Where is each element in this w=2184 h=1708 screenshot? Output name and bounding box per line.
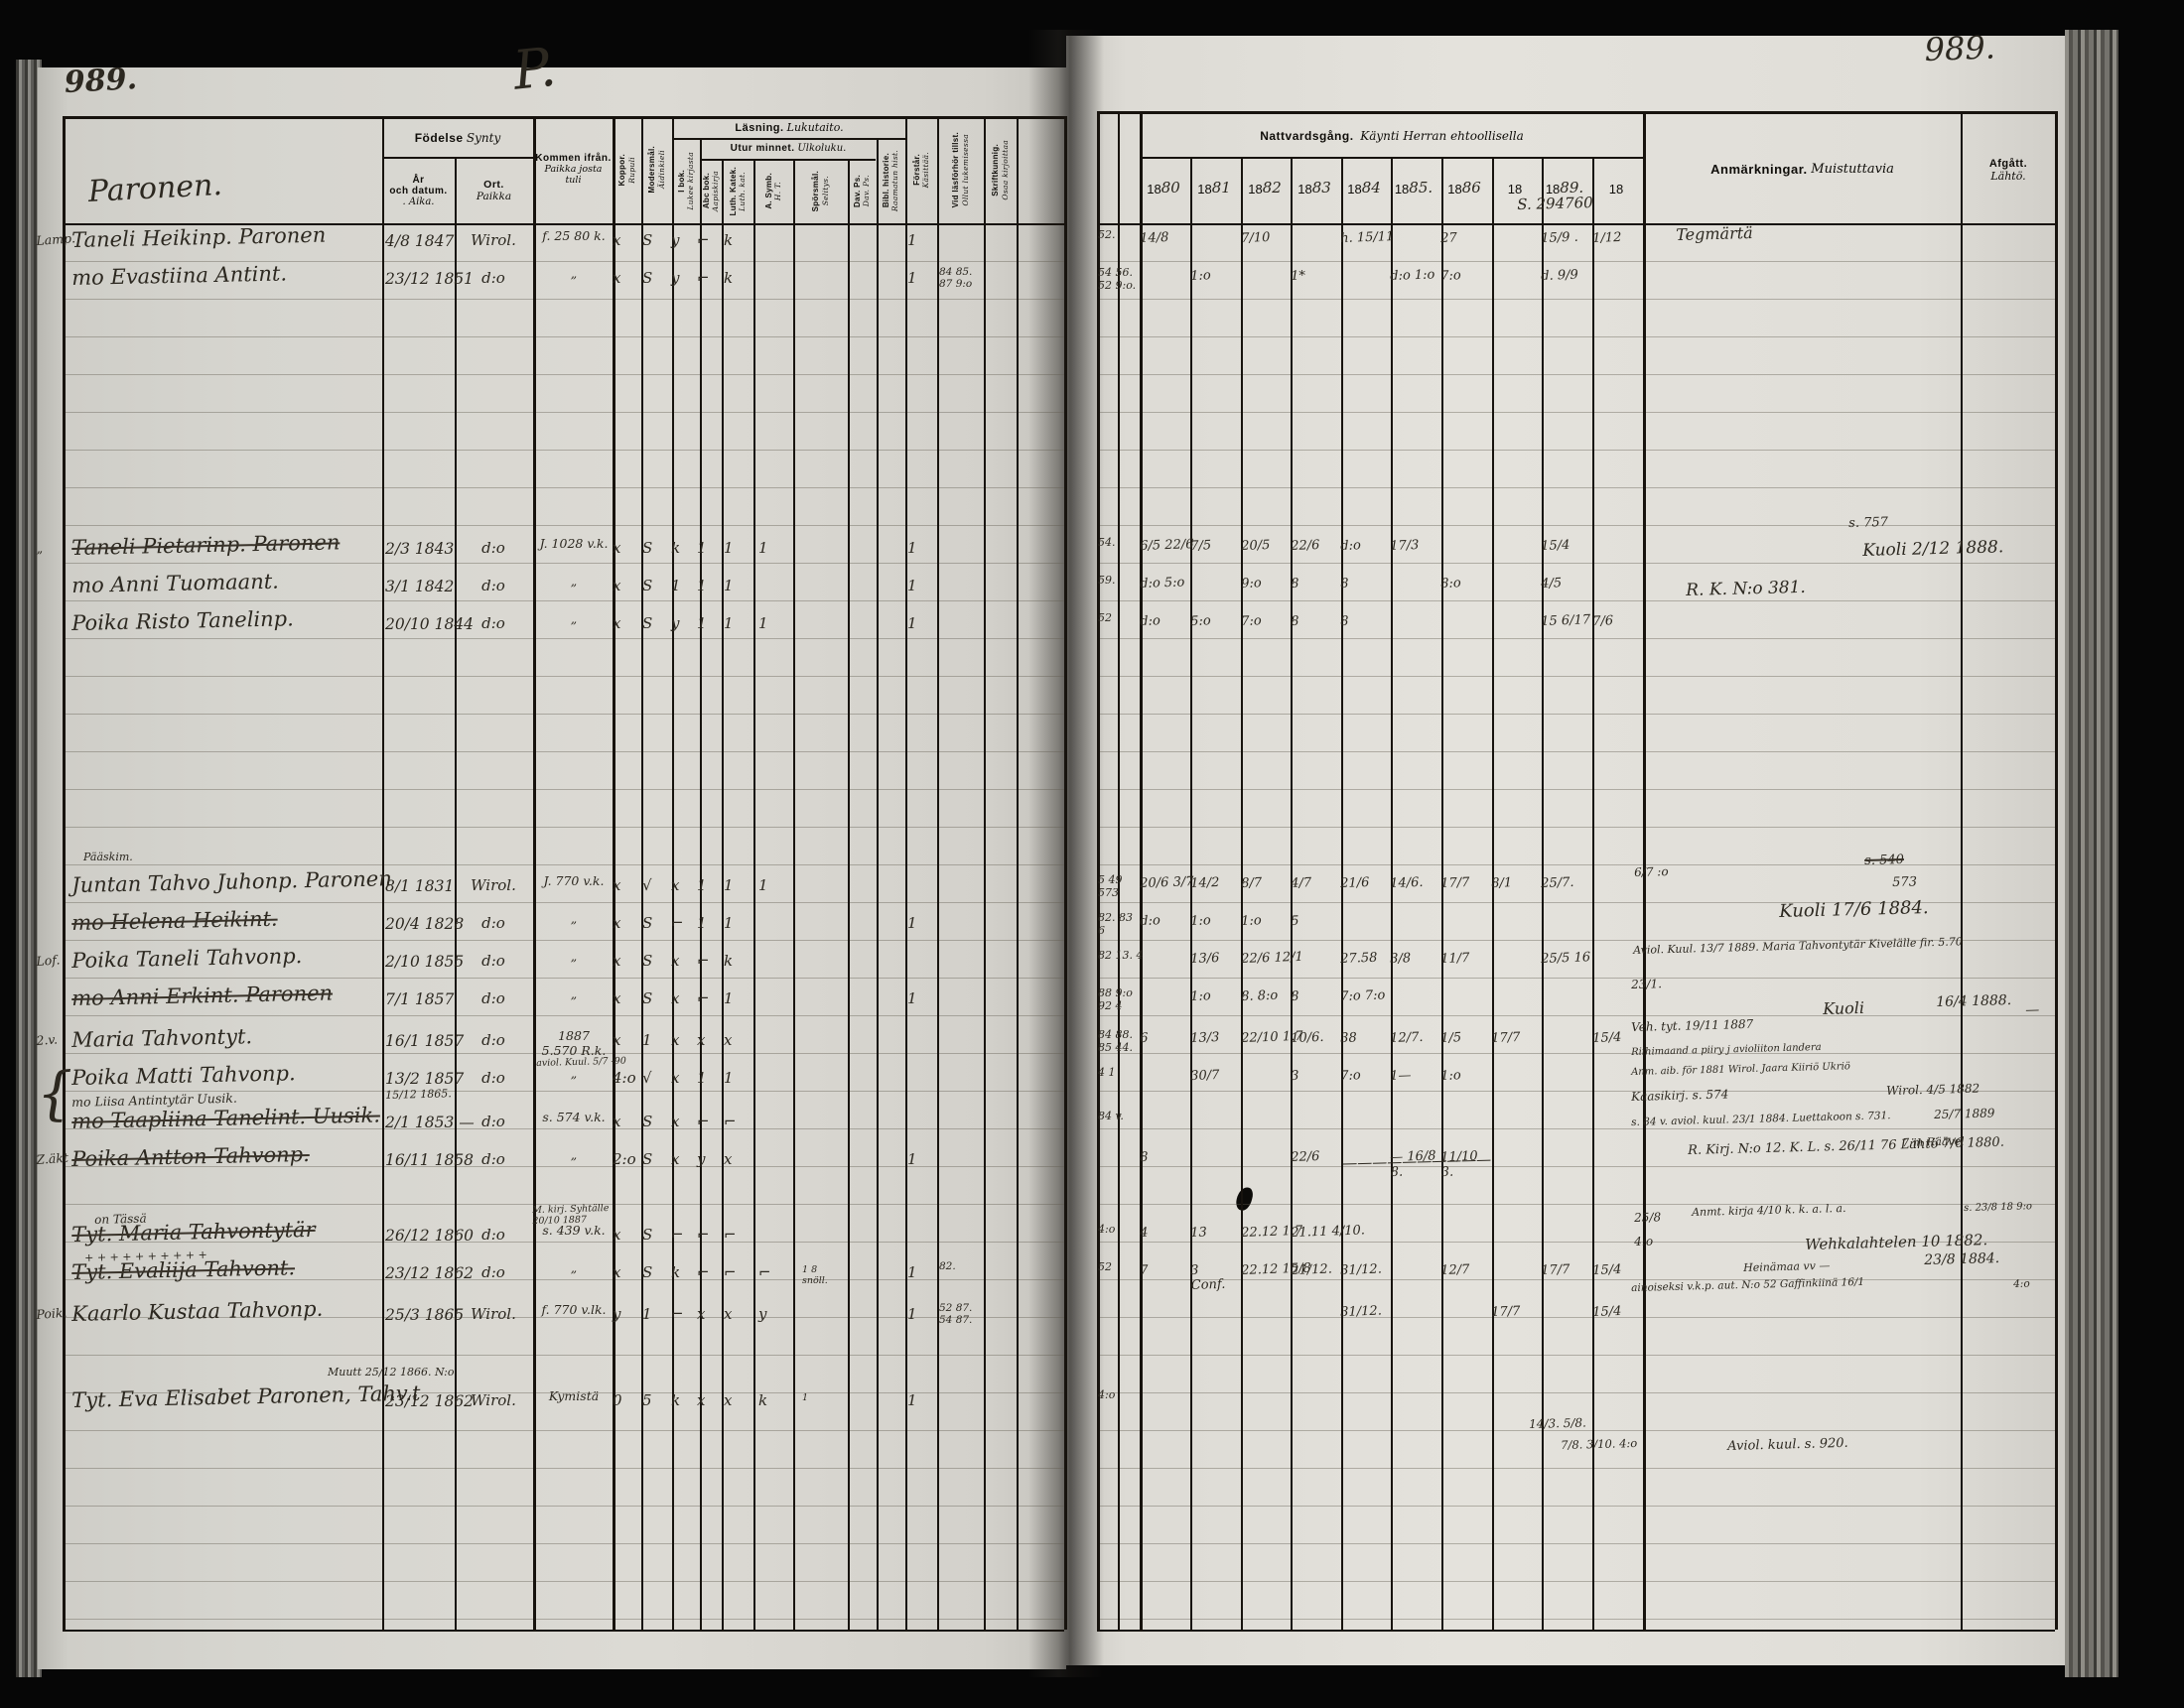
row-margin-label: „ [36, 542, 43, 557]
communion-cell: 1:o [1440, 1067, 1491, 1084]
reading-mark: S [642, 270, 652, 288]
row-origin: „ [536, 612, 612, 627]
year-printed: 18 [1447, 182, 1461, 197]
communion-cell: 9:o [1241, 575, 1292, 591]
year-printed: 18 [1395, 182, 1409, 197]
gutter-note: 54. [1098, 537, 1142, 550]
hand-annotation: s. 540 [1864, 853, 1904, 868]
reading-mark: x [697, 1306, 705, 1324]
communion-cell: d:o [1340, 537, 1391, 554]
communion-cell: 8 [1291, 987, 1341, 1004]
communion-cell: 1:o [1190, 987, 1241, 1004]
reading-mark: ⌐ [724, 1264, 737, 1282]
reading-mark: ⌐ [758, 1264, 771, 1282]
column-header-fi: Käsittää. [922, 152, 930, 188]
column-line [877, 138, 879, 1630]
reading-mark: 1 [907, 270, 917, 288]
reading-mark: y [671, 232, 679, 250]
reading-mark: 1 [724, 615, 734, 633]
column-header-sv: Abc bok. [703, 173, 711, 208]
row-line [673, 138, 905, 140]
hand-annotation: R. K. N:o 381. [1686, 578, 1806, 600]
year-printed: 18 [1197, 182, 1211, 197]
reading-mark: x [671, 1151, 679, 1169]
reading-mark: 1 [758, 877, 768, 895]
row-margin-label: Z.äkt [36, 1151, 68, 1168]
year-header: 1883 [1291, 169, 1338, 208]
header-reading: Läsning. Lukutaito. [674, 118, 904, 137]
column-header-fi: H. T. [774, 182, 782, 200]
reading-mark: 1 [697, 877, 707, 895]
row-birthplace: d:o [457, 615, 530, 633]
header-departed: Afgått.Lähtö. [1963, 147, 2054, 193]
communion-cell: 8 [1291, 575, 1341, 591]
reading-mark: 1 [907, 990, 917, 1008]
year-printed: 18 [1609, 182, 1623, 197]
reading-mark: 1 [907, 1306, 917, 1324]
reading-mark: x [671, 1070, 679, 1088]
row-origin: s. 574 v.k. [536, 1111, 612, 1125]
row-birthdate: 13/2 1857 [385, 1070, 451, 1088]
reading-mark: 1 [697, 615, 707, 633]
reading-mark: x [613, 540, 620, 558]
exam-attendance-note: 84 85. 87 9:o [939, 266, 984, 291]
page-number-left: 989. [64, 62, 138, 100]
reading-mark: x [613, 232, 620, 250]
row-birthplace: d:o [457, 953, 530, 971]
communion-cell: 7:o [1241, 612, 1292, 629]
reading-mark: 1 [907, 540, 917, 558]
communion-cell: 38 [1340, 1029, 1391, 1046]
reading-mark: k [758, 1392, 767, 1410]
reading-mark: x [724, 1032, 732, 1050]
column-header-sv: Förstår. [913, 154, 921, 186]
row-origin: „ [536, 950, 612, 965]
communion-cell: 22.12 1.7 [1241, 1224, 1292, 1241]
header-by-heart: Utur minnet. Ulkoluku. [702, 139, 875, 157]
row-origin: Kymistä [536, 1389, 612, 1404]
row-note-above: Muutt 25/12 1866. N:o [328, 1367, 455, 1380]
column-line [1391, 157, 1393, 1630]
reading-mark: k [671, 540, 680, 558]
hand-annotation: M. kirj. Syhtälle 20/10 1887 [532, 1203, 610, 1227]
reading-mark: x [724, 1306, 732, 1324]
row-birthplace: Wirol. [457, 877, 530, 895]
communion-cell: 20/6 3/7 [1140, 874, 1190, 891]
communion-cell: 22/6 [1291, 537, 1341, 554]
column-line [1492, 157, 1494, 1630]
column-header-fi: Raamatun hist. [891, 150, 899, 211]
communion-cell: 22/6 12/1 [1241, 950, 1292, 967]
reading-mark: ⌐ [697, 953, 710, 971]
column-header-vidlas: Vid läsförhör tillst.Ollut lukemisessa [938, 119, 984, 220]
reading-mark: 1 [907, 1392, 917, 1410]
hand-annotation: 23/8 1884. [1924, 1250, 1999, 1268]
row-origin: „ [536, 1148, 612, 1163]
row-origin: „ [536, 1067, 612, 1082]
reading-mark: 0 [613, 1392, 622, 1410]
column-line [1592, 157, 1594, 1630]
communion-cell: 27.58 [1340, 950, 1391, 967]
family-name-header: Paronen. [87, 168, 223, 209]
reading-mark: x [671, 1032, 679, 1050]
row-birthplace: d:o [457, 1151, 530, 1169]
communion-cell: d:o 5:o [1140, 575, 1190, 591]
row-birthdate: 25/3 1865 [385, 1306, 451, 1324]
column-header-fi: Luth. kat. [739, 172, 747, 211]
gutter-note: 82 13. 4 [1098, 950, 1142, 963]
communion-cell: 15 6/17 [1541, 612, 1591, 629]
reading-mark: x [613, 1114, 620, 1131]
row-margin-label: Poik. [36, 1306, 68, 1323]
row-origin: J. 1028 v.k. [536, 537, 612, 552]
year-handwritten: 84 [1362, 180, 1381, 197]
communion-cell: 1* [1291, 267, 1341, 284]
column-header-fi: Rupuli [628, 157, 636, 184]
reading-mark: x [613, 615, 620, 633]
column-header-sporsmal: Spörsmål.Selitys. [794, 162, 848, 220]
row-line [63, 1630, 1064, 1632]
reading-mark: y [613, 1306, 620, 1324]
row-origin: „ [536, 1261, 612, 1276]
column-line [1017, 116, 1019, 1630]
communion-cell: 8 [1340, 575, 1391, 591]
reading-mark: S [642, 578, 652, 595]
gutter-note: 4 1 [1098, 1067, 1142, 1080]
reading-mark: ⌐ [697, 1114, 710, 1131]
communion-cell: 8:o [1440, 575, 1491, 591]
reading-mark: ⌐ [697, 1227, 710, 1245]
hand-annotation: Kuoli 17/6 1884. [1779, 897, 1929, 922]
row-origin: „ [536, 987, 612, 1002]
reading-mark: 1 [724, 915, 734, 933]
row-birthplace: d:o [457, 1227, 530, 1245]
hand-annotation: 25/8 [1634, 1210, 1661, 1225]
reading-mark: 1 [724, 877, 734, 895]
communion-cell: 1/12 [1592, 229, 1643, 246]
column-header-sv: A. Symb. [765, 173, 773, 209]
row-line [1140, 157, 1643, 159]
year-handwritten: 83 [1312, 180, 1331, 197]
reading-mark: k [671, 1392, 680, 1410]
header-birth: Födelse Synty [383, 121, 532, 155]
column-line [1441, 157, 1443, 1630]
communion-cell: 25/7. [1541, 874, 1591, 891]
gutter-note: 82. 83 6 [1098, 912, 1142, 938]
communion-cell: 13 [1190, 1224, 1241, 1241]
reading-mark: S [642, 915, 652, 933]
reading-mark: x [613, 1264, 620, 1282]
reading-mark: 1 [907, 615, 917, 633]
reading-mark: y [697, 1151, 705, 1169]
communion-cell: 13/3 [1190, 1029, 1241, 1046]
reading-mark: 1 [907, 232, 917, 250]
reading-mark: x [613, 578, 620, 595]
reading-mark: x [724, 1151, 732, 1169]
column-header-sv: Spörsmål. [812, 171, 820, 211]
row-name: mo Helena Heikint. [71, 907, 278, 936]
row-line [701, 159, 876, 161]
communion-cell: h. 15/11 [1340, 229, 1391, 246]
communion-cell: 8/1 [1491, 874, 1542, 891]
hand-annotation: Tegmärtä [1676, 224, 1753, 245]
communion-cell: 1— [1390, 1067, 1440, 1084]
exam-attendance-note: 52 87. 54 87. [939, 1302, 984, 1327]
communion-cell: 15/4 [1592, 1303, 1643, 1320]
row-birthdate: 16/1 1857 [385, 1032, 451, 1050]
row-birthdate: 8/1 1831 [385, 877, 451, 895]
communion-cell: 31/12. [1340, 1303, 1391, 1320]
column-header-fi: Ollut lukemisessa [962, 134, 970, 205]
row-name: Poika Antton Tahvonp. [71, 1142, 310, 1172]
column-header-skrift: Skriftkunnig.Osaa kirjoittaa [985, 119, 1017, 220]
row-name: Poika Matti Tahvonp. [71, 1061, 296, 1090]
column-line [1064, 116, 1067, 1630]
gutter-note: 4:o [1098, 1224, 1142, 1237]
column-header-sv: Modersmål. [648, 146, 656, 193]
year-header: 1881 [1190, 169, 1238, 208]
year-header: 1884 [1340, 169, 1388, 208]
reading-mark: 1 [907, 578, 917, 595]
row-birthdate: 23/12 1862 [385, 1264, 451, 1282]
gutter-note: 88 9:o 92 4 [1098, 987, 1142, 1013]
row-birthdate: 2/1 1853 — [385, 1114, 451, 1131]
hand-annotation: S. 294760 [1517, 195, 1593, 214]
communion-cell: 3/8 [1390, 950, 1440, 967]
gutter-note: 52 [1098, 1261, 1142, 1274]
header-birth-place: Ort.Paikka [456, 161, 532, 220]
reading-mark: 1 [642, 1032, 652, 1050]
row-origin: „ [536, 912, 612, 927]
reading-mark: k [724, 232, 733, 250]
row-birthplace: d:o [457, 915, 530, 933]
reading-mark: ⌐ [671, 1227, 684, 1245]
column-header-sv: I bok. [678, 170, 686, 193]
communion-cell: 21/6 [1340, 874, 1391, 891]
reading-mark: S [642, 990, 652, 1008]
row-name: Maria Tahvontyt. [71, 1024, 252, 1053]
communion-cell: d. 9/9 [1541, 267, 1591, 284]
gutter-note: 59. [1098, 575, 1142, 588]
communion-cell: 14/6. [1390, 874, 1440, 891]
year-printed: 18 [1147, 182, 1160, 197]
column-header-symb: A. Symb.H. T. [754, 162, 793, 220]
column-header-ibok: I bok.Lukee kirjasta [673, 141, 700, 220]
column-header-modersmal: Modersmål.Äidinkieli [642, 119, 672, 220]
column-header-sv: Bibl. historie. [883, 153, 890, 207]
reading-mark: x [671, 1114, 679, 1131]
row-name: Poika Taneli Tahvonp. [71, 944, 303, 974]
hand-annotation: Kaasikirj. s. 574 [1631, 1087, 1728, 1104]
header-remarks: Anmärkningar. Muistuttavia [1646, 149, 1959, 189]
reading-mark: 1 [907, 1264, 917, 1282]
reading-mark: y [758, 1306, 766, 1324]
communion-cell: 1:o [1241, 912, 1292, 929]
communion-cell: 8 [1140, 1148, 1190, 1165]
reading-mark: 1 [724, 990, 734, 1008]
row-birthdate: 7/1 1857 [385, 990, 451, 1008]
reading-mark: k [671, 1264, 680, 1282]
column-line [63, 116, 66, 1630]
row-origin: „ [536, 267, 612, 282]
reading-mark: x [613, 953, 620, 971]
row-birthdate: 3/1 1842 [385, 578, 451, 595]
row-birthplace: d:o [457, 578, 530, 595]
year-printed: 18 [1347, 182, 1361, 197]
reading-mark: y [671, 270, 679, 288]
reading-mark: ⌐ [724, 1227, 737, 1245]
reading-mark: 1 [724, 540, 734, 558]
communion-cell: 3 [1291, 1067, 1341, 1084]
hand-annotation: Kuoli 2/12 1888. [1862, 537, 2004, 561]
reading-mark: 1 [907, 1151, 917, 1169]
reading-mark: 1 [697, 578, 707, 595]
reading-mark: 1 [697, 1070, 707, 1088]
hand-annotation: { [36, 1059, 74, 1127]
reading-mark: 1 [671, 578, 681, 595]
row-birthplace: d:o [457, 270, 530, 288]
hand-annotation: 4:o [1634, 1235, 1653, 1249]
hand-annotation: aviol. Kuul. 5/7 -90 [536, 1056, 626, 1070]
reading-mark: 1 [724, 1070, 734, 1088]
hand-annotation: s. 23/8 18 9:o [1964, 1201, 2032, 1215]
communion-cell: 31/12. [1340, 1261, 1391, 1278]
row-name: mo Evastiina Antint. [71, 261, 287, 290]
row-birthdate: 26/12 1860 [385, 1227, 451, 1245]
year-handwritten: 86 [1462, 180, 1481, 197]
communion-cell: 17/7 [1541, 1261, 1591, 1278]
communion-cell: 8 [1291, 612, 1341, 629]
column-header-bibl: Bibl. historie.Raamatun hist. [877, 141, 905, 220]
communion-cell: 15/4 [1592, 1261, 1643, 1278]
row-name: Poika Risto Tanelinp. [71, 606, 294, 635]
year-handwritten: 82 [1263, 180, 1282, 197]
column-header-sv: Vid läsförhör tillst. [952, 132, 960, 207]
reading-mark: S [642, 953, 652, 971]
communion-cell: 1:o [1190, 267, 1241, 284]
communion-cell: 8 [1340, 612, 1391, 629]
communion-cell: 7/6 [1592, 612, 1643, 629]
reading-mark: ⌐ [697, 1264, 710, 1282]
row-birthdate: 20/4 1828 [385, 915, 451, 933]
communion-cell: 14/2 [1190, 874, 1241, 891]
reading-mark: x [697, 1032, 705, 1050]
year-printed: 18 [1508, 182, 1522, 197]
row-birthdate: 4/8 1847 [385, 232, 451, 250]
reading-mark: ⌐ [671, 1306, 684, 1324]
communion-cell: 21.11 4/10. [1291, 1224, 1341, 1241]
reading-mark: 1 [697, 915, 707, 933]
year-header: 1886 [1440, 169, 1488, 208]
communion-cell: 21/12. [1291, 1261, 1341, 1278]
row-birthdate: 23/12 1851 [385, 270, 451, 288]
hand-annotation: s. 757 [1848, 515, 1888, 531]
communion-cell: 7:o [1340, 1067, 1391, 1084]
hand-annotation: Kuoli [1823, 999, 1864, 1019]
hand-annotation: 7/8. 3/10. 4:o [1561, 1437, 1637, 1453]
communion-cell: 17/3 [1390, 537, 1440, 554]
reading-mark: √ [642, 877, 652, 895]
row-birthdate: 2/3 1843 [385, 540, 451, 558]
hand-annotation: 7:m Räävel [1902, 1135, 1965, 1150]
column-line [1341, 157, 1343, 1630]
communion-cell: 12/7 [1440, 1261, 1491, 1278]
row-origin: f. 770 v.lk. [536, 1303, 612, 1318]
hand-annotation: — [2025, 1002, 2039, 1019]
hand-annotation: 573 [1892, 874, 1917, 890]
reading-mark: S [642, 1114, 652, 1131]
row-line [1097, 111, 2055, 114]
reading-mark: 1 [758, 540, 768, 558]
column-header-koppor: Koppor.Rupuli [614, 119, 641, 220]
reading-mark: S [642, 232, 652, 250]
communion-cell: 30/7 [1190, 1067, 1241, 1084]
communion-cell: 15/9 . [1541, 229, 1591, 246]
communion-cell: 15/4 [1541, 537, 1591, 554]
row-line [382, 157, 533, 159]
communion-cell: 7:o [1440, 267, 1491, 284]
column-header-fi: Dav. Ps. [863, 175, 871, 206]
communion-cell: 12/7. [1390, 1029, 1440, 1046]
communion-cell: 8. 8:o [1241, 987, 1292, 1004]
column-header-luth: Luth. Katek.Luth. kat. [723, 162, 753, 220]
hand-annotation: 23/1. [1631, 977, 1662, 991]
year-header: 1885. [1390, 169, 1437, 208]
reading-mark: x [671, 877, 679, 895]
year-printed: 18 [1297, 182, 1311, 197]
reading-mark: √ [642, 1070, 652, 1088]
book-edge-right [2065, 30, 2118, 1677]
hand-annotation: 15/12 1865. [385, 1088, 452, 1103]
hand-annotation: Wirol. 4/5 1882 [1886, 1082, 1979, 1099]
communion-cell: 6/5 22/6 [1140, 537, 1190, 554]
row-birthplace: d:o [457, 1264, 530, 1282]
reading-mark: 5 [642, 1392, 652, 1410]
year-handwritten: 80 [1161, 180, 1180, 197]
communion-cell: 7 [1140, 1261, 1190, 1278]
column-header-fi: Selitys. [822, 176, 830, 205]
row-birthdate: 23/12 1862 [385, 1392, 451, 1410]
reading-mark: x [671, 990, 679, 1008]
row-origin: J. 770 v.k. [536, 874, 612, 889]
column-header-sv: Luth. Katek. [730, 167, 738, 215]
row-birthdate: 2/10 1855 [385, 953, 451, 971]
column-line [753, 159, 755, 1630]
gutter-note: 4:o [1098, 1389, 1142, 1402]
reading-mark: k [724, 270, 733, 288]
hand-annotation: 14/3. 5/8. [1529, 1415, 1586, 1431]
communion-cell: 3 Conf. [1190, 1261, 1241, 1293]
reading-mark: 1 8 snöll. [802, 1264, 828, 1286]
row-birthplace: Wirol. [457, 1306, 530, 1324]
column-header-sv: Dav. Ps. [854, 175, 862, 207]
header-birth-date: År och datum.. Aika. [383, 161, 454, 220]
exam-attendance-note: 82. [939, 1260, 984, 1272]
column-line [1241, 157, 1243, 1630]
gutter-note: 52. [1098, 229, 1142, 242]
row-origin: 1887 5.570 R.k. [536, 1029, 612, 1059]
communion-cell: 5 [1291, 912, 1341, 929]
communion-cell: 4/5 [1541, 575, 1591, 591]
gutter-note: 52 [1098, 612, 1142, 625]
communion-cell: 6 [1140, 1029, 1190, 1046]
reading-mark: S [642, 1151, 652, 1169]
reading-mark: k [724, 953, 733, 971]
communion-cell: 4 [1140, 1224, 1190, 1241]
communion-cell: 11/7 [1440, 950, 1491, 967]
column-line [1190, 157, 1192, 1630]
reading-mark: ⌐ [697, 990, 710, 1008]
